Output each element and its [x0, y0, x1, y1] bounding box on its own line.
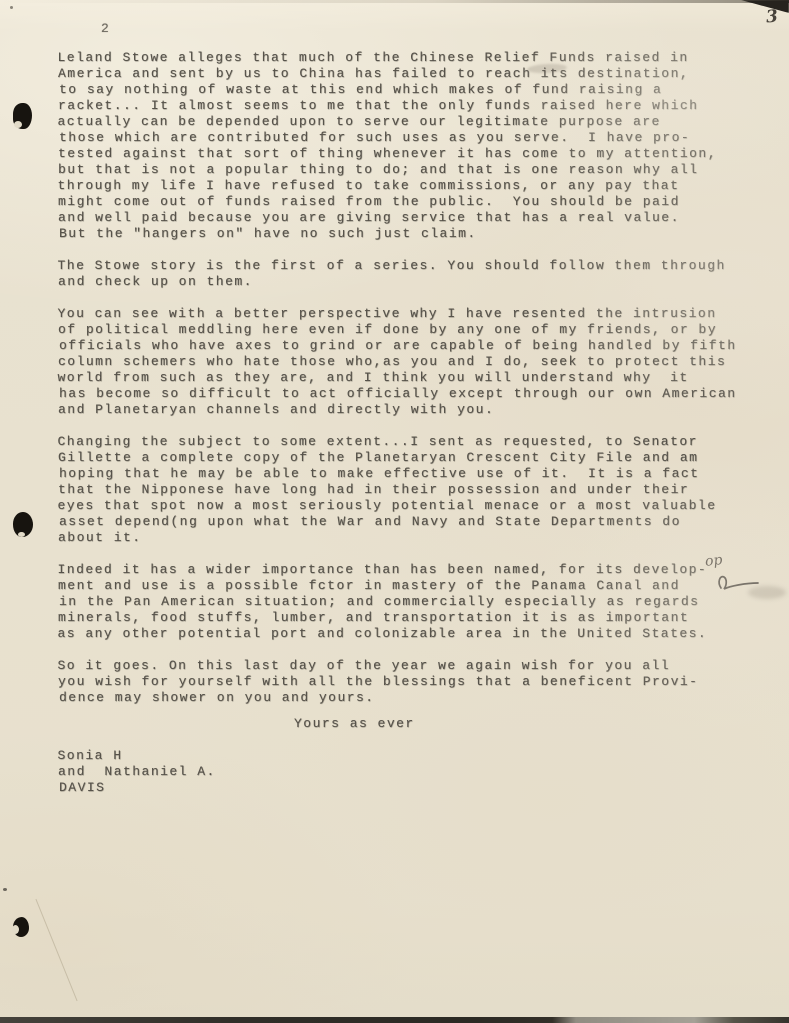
text-line: and Planetaryan channels and directly wi…	[58, 402, 758, 418]
text-line: column schemers who hate those who,as yo…	[58, 354, 758, 370]
ink-blot	[13, 103, 32, 129]
text-line: world from such as they are, and I think…	[58, 370, 758, 386]
text-line: those which are contributed for such use…	[59, 130, 759, 146]
text-line: ment and use is a possible fctor in mast…	[58, 578, 758, 594]
text-line: Leland Stowe alleges that much of the Ch…	[58, 50, 758, 66]
text-line: minerals, food stuffs, lumber, and trans…	[58, 610, 758, 626]
text-line: about it.	[58, 530, 758, 546]
closing-line: Yours as ever	[58, 716, 758, 732]
text-line: to say nothing of waste at this end whic…	[59, 82, 759, 98]
handwritten-pen-dash	[714, 573, 760, 598]
text-line: and well paid because you are giving ser…	[58, 210, 758, 226]
text-line: through my life I have refused to take c…	[58, 178, 758, 194]
signature-line: Sonia H	[58, 748, 758, 764]
text-line: has become so difficult to act officiall…	[59, 386, 759, 402]
text-line: But the "hangers on" have no such just c…	[59, 226, 759, 242]
pen-dash-stroke	[714, 573, 760, 593]
text-line: that the Nipponese have long had in thei…	[58, 482, 758, 498]
scan-edge-bottom	[0, 1017, 789, 1023]
text-line: in the Pan American situation; and comme…	[59, 594, 759, 610]
text-line: tested against that sort of thing whenev…	[58, 146, 758, 162]
paragraph: Indeed it has a wider importance than ha…	[58, 562, 758, 642]
paragraph: Changing the subject to some extent...I …	[58, 434, 758, 546]
paper-speck	[10, 6, 13, 9]
text-line: might come out of funds raised from the …	[58, 194, 758, 210]
signature-block: Sonia Hand Nathaniel A.DAVIS	[58, 748, 758, 796]
text-line: Changing the subject to some extent...I …	[58, 434, 758, 450]
text-line: Indeed it has a wider importance than ha…	[58, 562, 758, 578]
text-line: racket... It almost seems to me that the…	[58, 98, 758, 114]
paragraph: You can see with a better perspective wh…	[58, 306, 758, 418]
text-line: hoping that he may be able to make effec…	[59, 466, 759, 482]
text-line: America and sent by us to China has fail…	[58, 66, 758, 82]
signature-line: DAVIS	[59, 780, 759, 796]
text-line: dence may shower on you and yours.	[59, 690, 759, 706]
text-line: The Stowe story is the first of a series…	[58, 258, 758, 274]
text-line: officials who have axes to grind or are …	[59, 338, 759, 354]
text-line: and check up on them.	[58, 274, 758, 290]
text-line: of political meddling here even if done …	[58, 322, 758, 338]
ink-blot	[13, 512, 33, 537]
paper-speck	[3, 888, 7, 891]
text-line: as any other potential port and coloniza…	[58, 626, 758, 642]
handwritten-correction-op: op	[704, 552, 723, 570]
signature-line: and Nathaniel A.	[58, 764, 758, 780]
text-line: actually can be depended upon to serve o…	[58, 114, 758, 130]
letter-page: 2 3 Leland Stowe alleges that much of th…	[0, 0, 789, 1023]
paper-crease	[35, 899, 77, 1001]
text-line: you wish for yourself with all the bless…	[58, 674, 758, 690]
paragraph: Leland Stowe alleges that much of the Ch…	[58, 50, 758, 242]
ink-blot	[13, 917, 29, 937]
text-line: Gillette a complete copy of the Planetar…	[58, 450, 758, 466]
paper-top-edge-shadow	[0, 0, 789, 3]
page-number-handwritten: 3	[765, 7, 779, 28]
text-line: but that is not a popular thing to do; a…	[58, 162, 758, 178]
text-line: You can see with a better perspective wh…	[58, 306, 758, 322]
page-number-typed: 2	[101, 21, 110, 36]
text-line: asset depend(ng upon what the War and Na…	[59, 514, 759, 530]
paragraph: So it goes. On this last day of the year…	[58, 658, 758, 706]
paragraph: The Stowe story is the first of a series…	[58, 258, 758, 290]
letter-body: Leland Stowe alleges that much of the Ch…	[58, 50, 758, 796]
text-line: eyes that spot now a most seriously pote…	[58, 498, 758, 514]
letter-paragraphs: Leland Stowe alleges that much of the Ch…	[58, 50, 758, 706]
text-line: So it goes. On this last day of the year…	[58, 658, 758, 674]
